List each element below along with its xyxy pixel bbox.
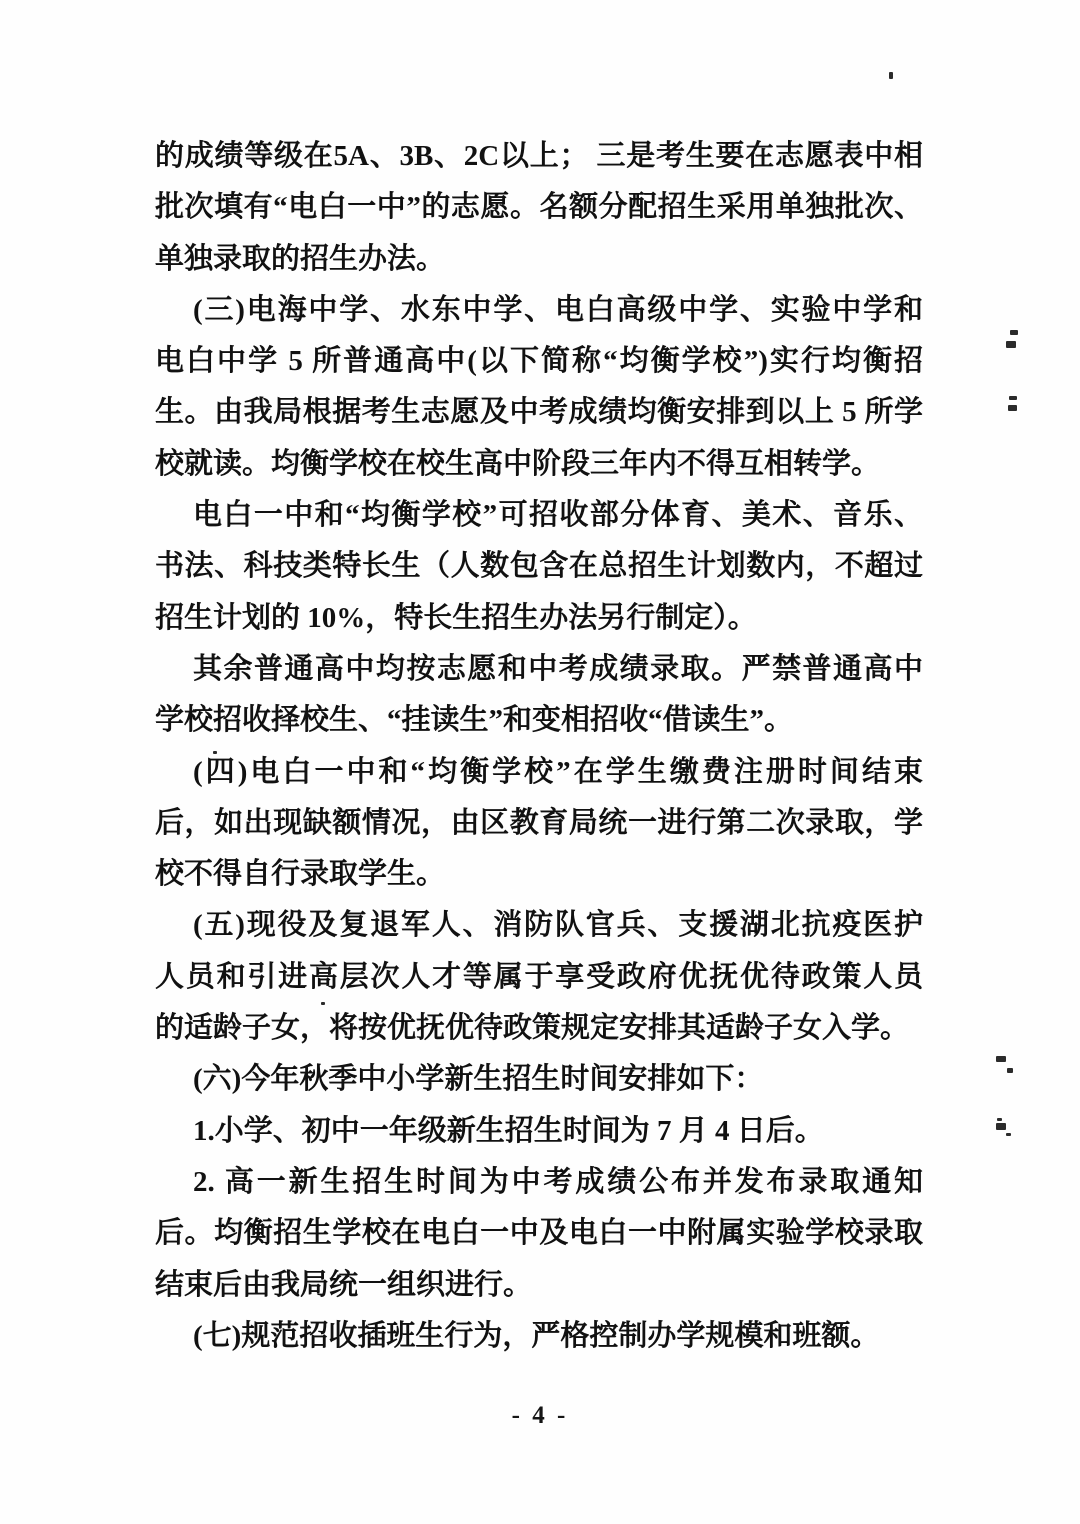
scan-speck	[1007, 1068, 1013, 1073]
text-line: 2. 高一新生招生时间为中考成绩公布并发布录取通知	[155, 1157, 923, 1208]
text-line: 书法、科技类特长生（人数包含在总招生计划数内，不超过	[155, 541, 923, 592]
text-line: 批次填有“电白一中”的志愿。名额分配招生采用单独批次、	[155, 182, 923, 233]
scan-speck	[996, 1123, 1006, 1130]
text-line: (六)今年秋季中小学新生招生时间安排如下：	[155, 1054, 923, 1105]
document-page: 的成绩等级在5A、3B、2C以上； 三是考生要在志愿表中相应批次填有“电白一中”…	[0, 0, 1080, 1524]
text-line: 校不得自行录取学生。	[155, 849, 923, 900]
scan-speck	[1006, 341, 1016, 348]
text-line: 后，如出现缺额情况，由区教育局统一进行第二次录取，学	[155, 798, 923, 849]
text-line: 其余普通高中均按志愿和中考成绩录取。严禁普通高中	[155, 644, 923, 695]
text-line: 学校招收择校生、“挂读生”和变相招收“借读生”。	[155, 695, 923, 746]
scan-speck	[1008, 405, 1017, 411]
text-line: 后。均衡招生学校在电白一中及电白一中附属实验学校录取	[155, 1208, 923, 1259]
scan-speck	[213, 751, 217, 754]
scan-speck	[1006, 1133, 1011, 1136]
text-line: 电白中学 5 所普通高中(以下简称“均衡学校”)实行均衡招	[155, 336, 923, 387]
text-line: 的成绩等级在5A、3B、2C以上； 三是考生要在志愿表中相应	[155, 131, 923, 182]
text-line: 结束后由我局统一组织进行。	[155, 1260, 923, 1311]
text-line: 1.小学、初中一年级新生招生时间为 7 月 4 日后。	[155, 1106, 923, 1157]
text-line: (三)电海中学、水东中学、电白高级中学、实验中学和	[155, 285, 923, 336]
scan-speck	[889, 72, 893, 79]
scan-speck	[1009, 396, 1017, 400]
text-line: 电白一中和“均衡学校”可招收部分体育、美术、音乐、	[155, 490, 923, 541]
scan-speck	[996, 1056, 1006, 1062]
text-line: 人员和引进高层次人才等属于享受政府优抚优待政策人员	[155, 952, 923, 1003]
text-line: 招生计划的 10%，特长生招生办法另行制定）。	[155, 593, 923, 644]
text-line: 生。由我局根据考生志愿及中考成绩均衡安排到以上 5 所学	[155, 387, 923, 438]
scan-speck	[1010, 330, 1018, 335]
text-line: (五)现役及复退军人、消防队官兵、支援湖北抗疫医护	[155, 900, 923, 951]
scan-speck	[997, 1118, 1002, 1121]
document-body: 的成绩等级在5A、3B、2C以上； 三是考生要在志愿表中相应批次填有“电白一中”…	[155, 131, 923, 1362]
text-line: 的适龄子女，将按优抚优待政策规定安排其适龄子女入学。	[155, 1003, 923, 1054]
text-line: 单独录取的招生办法。	[155, 234, 923, 285]
page-number: - 4 -	[0, 1402, 1080, 1430]
text-line: (七)规范招收插班生行为，严格控制办学规模和班额。	[155, 1311, 923, 1362]
text-line: 校就读。均衡学校在校生高中阶段三年内不得互相转学。	[155, 439, 923, 490]
scan-speck	[321, 1002, 325, 1005]
text-line: (四)电白一中和“均衡学校”在学生缴费注册时间结束	[155, 747, 923, 798]
